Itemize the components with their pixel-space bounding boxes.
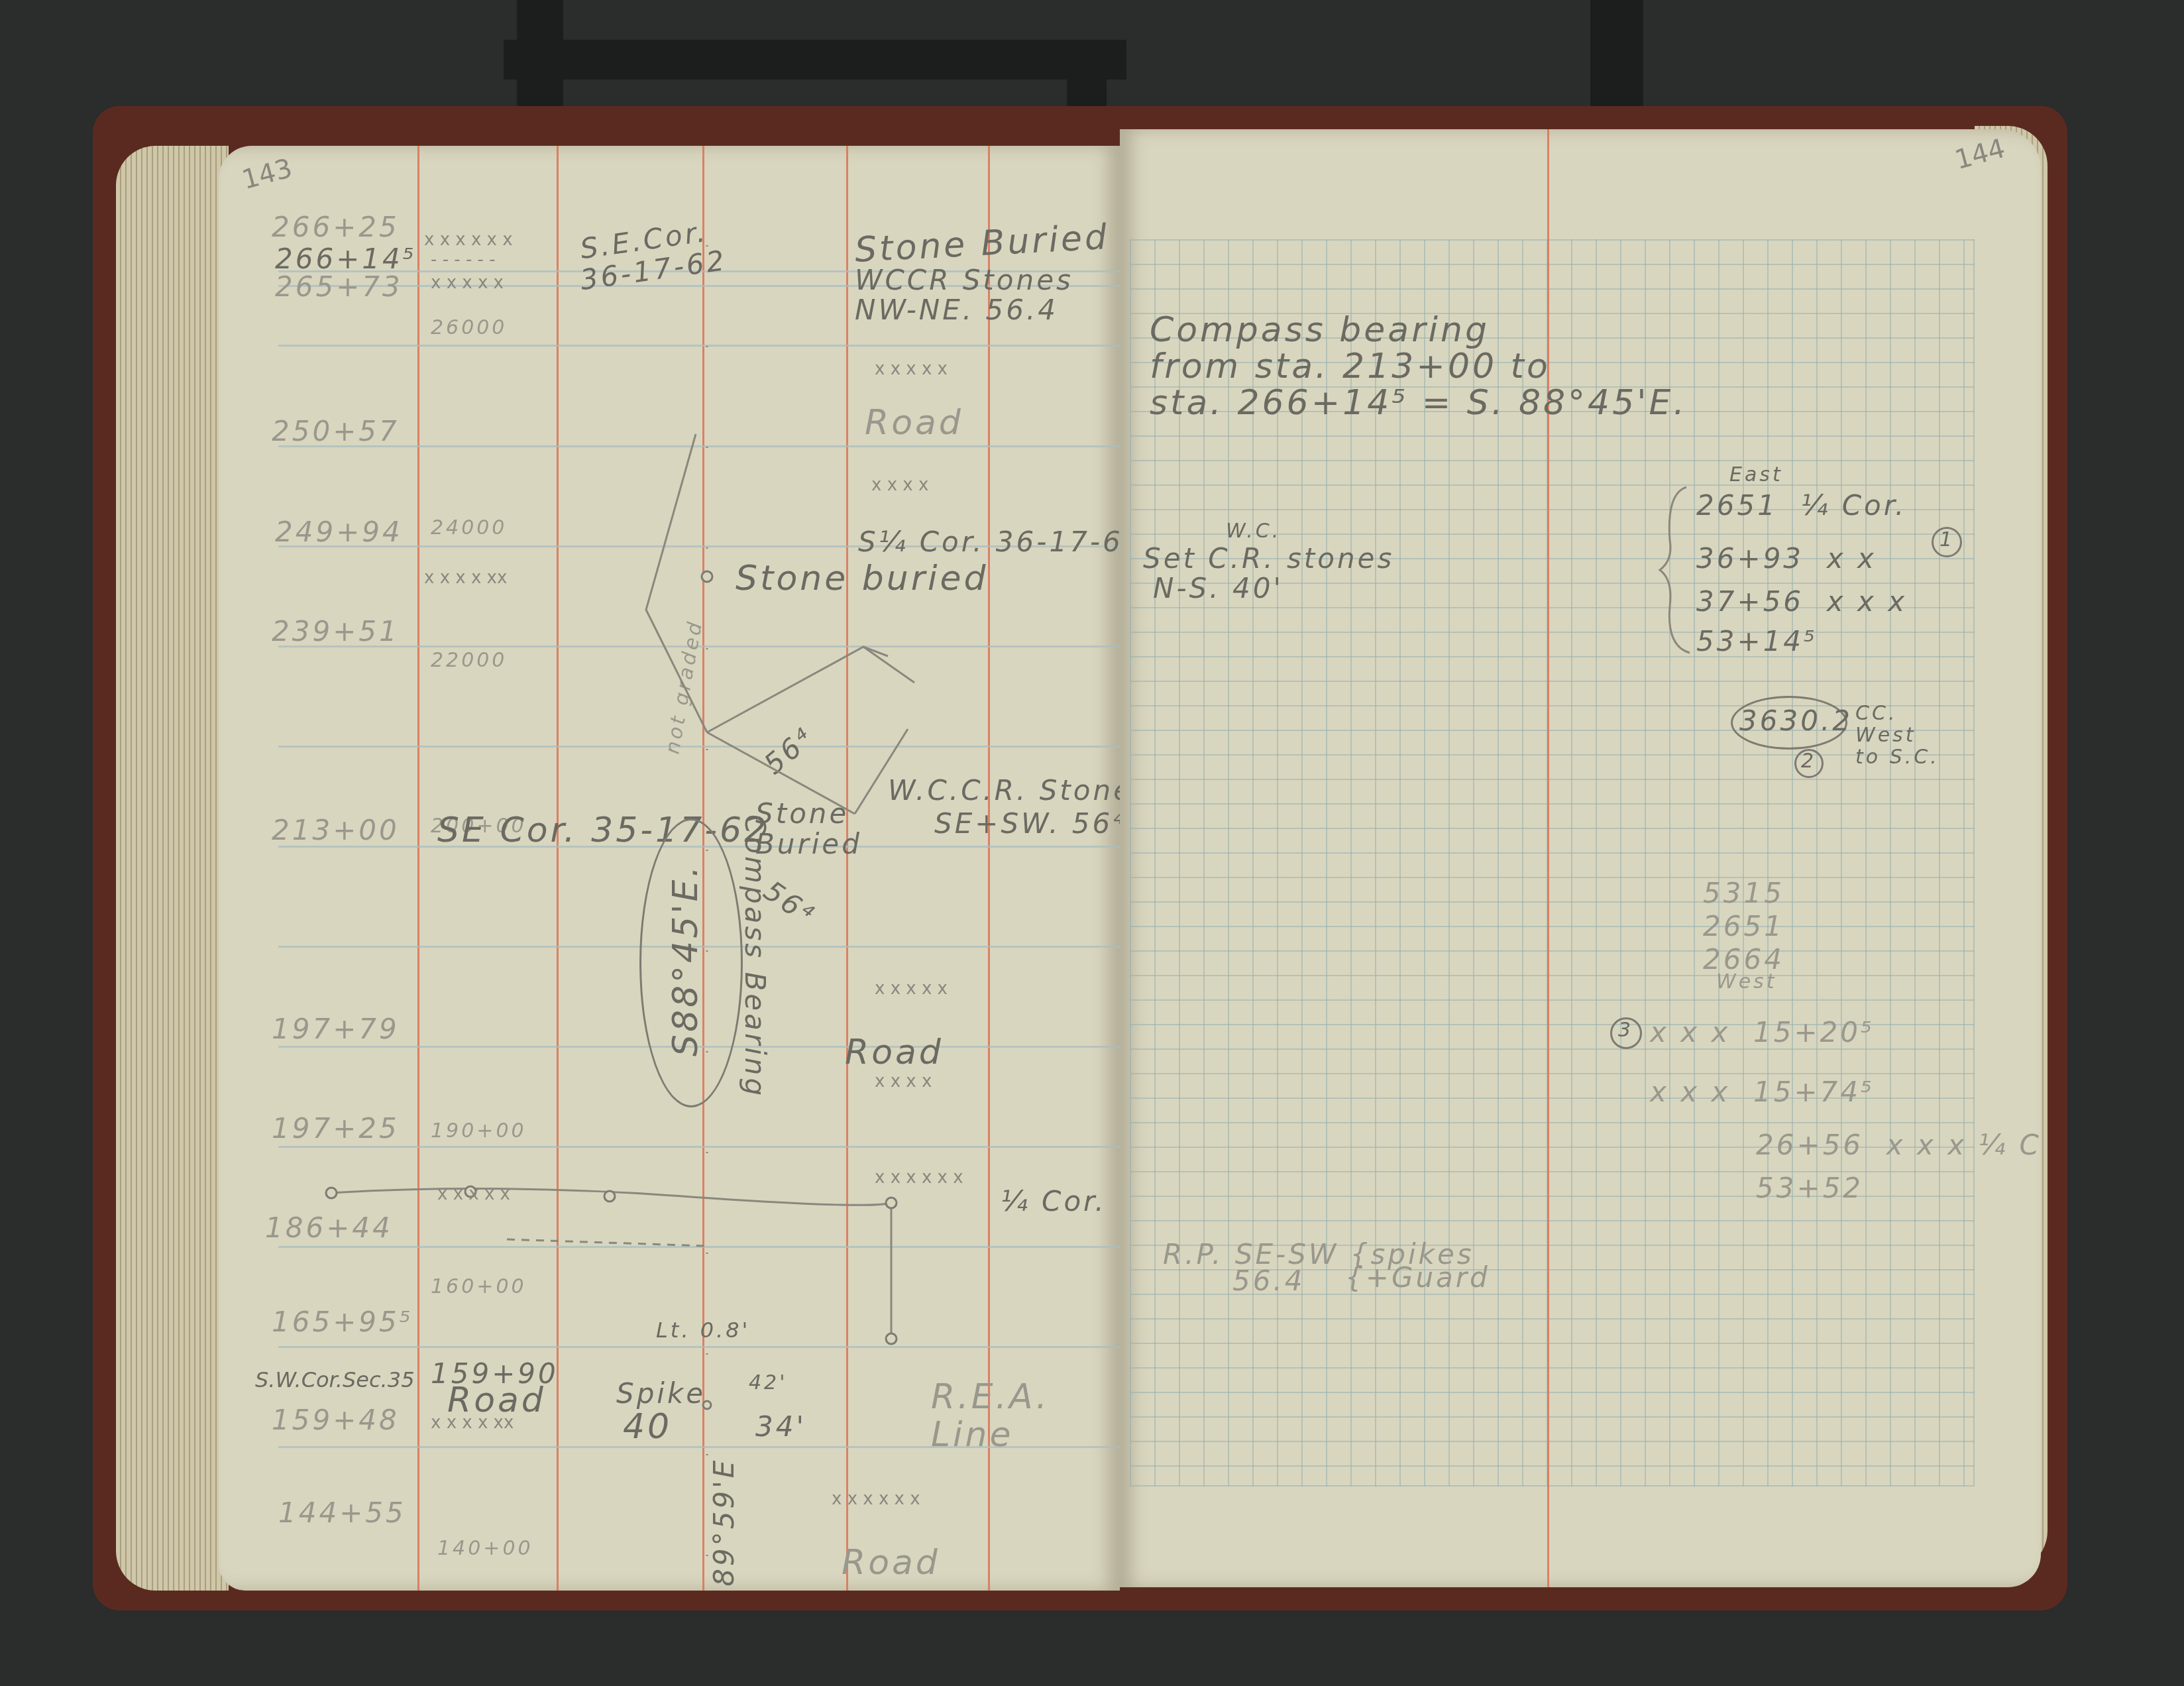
svg-text:x x x x x x: x x x x x x [875, 1168, 963, 1188]
left-page-edges [116, 146, 229, 1591]
survey-sketch: x x x x x x - - - - - - x x x x x x x x … [219, 146, 1120, 1591]
svg-text:x x x x x: x x x x x [875, 979, 948, 999]
left-page: 143 266+25 266+14⁵ 265+73 250+57 249+94 … [219, 146, 1120, 1591]
svg-text:x x x x x: x x x x x [875, 359, 948, 379]
right-page: 144 Compass bearing from sta. 213+00 to … [1120, 129, 2041, 1587]
svg-text:x x x x xx: x x x x xx [424, 568, 507, 588]
svg-text:x x x x x: x x x x x [431, 273, 504, 293]
svg-text:x x x x xx: x x x x xx [431, 1413, 514, 1433]
svg-text:x x x x x x: x x x x x x [424, 230, 513, 250]
svg-text:x x x x: x x x x [871, 475, 928, 495]
book-stand-bar [504, 40, 1126, 80]
svg-text:- - - - - -: - - - - - - [431, 250, 496, 270]
svg-text:x x x x x x: x x x x x x [832, 1585, 920, 1591]
east-bracket [1120, 129, 2041, 1587]
svg-text:x x x x x x: x x x x x x [832, 1489, 920, 1509]
book-stand-right-post [1590, 0, 1643, 119]
svg-text:x x x x: x x x x [875, 1072, 932, 1092]
svg-text:x x x x x: x x x x x [437, 1184, 510, 1204]
